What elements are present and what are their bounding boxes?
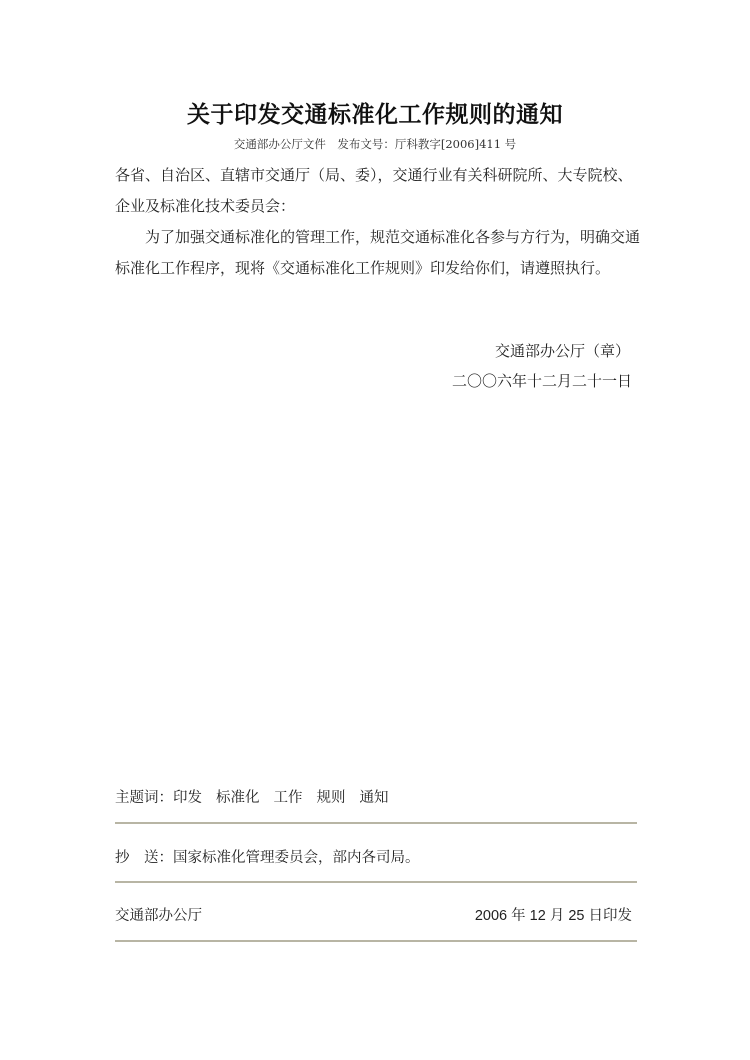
signature-issuer: 交通部办公厅（章） <box>495 340 630 361</box>
divider <box>115 881 637 883</box>
divider <box>115 822 637 824</box>
keywords-row: 主题词：印发标准化工作规则通知 <box>115 786 403 807</box>
footer-issuer: 交通部办公厅 <box>115 904 202 925</box>
issue-date: 2006 年 12 月 25 日印发 <box>475 904 632 925</box>
cc-row: 抄 送：国家标准化管理委员会，部内各司局。 <box>115 846 420 867</box>
document-subtitle: 交通部办公厅文件 发布文号：厅科教字[2006]411 号 <box>0 136 750 152</box>
cc-label: 抄 送： <box>115 850 173 866</box>
keyword: 标准化 <box>216 790 260 806</box>
signature-date: 二〇〇六年十二月二十一日 <box>452 370 632 391</box>
body-paragraph: 为了加强交通标准化的管理工作，规范交通标准化各参与方行为，明确交通标准化工作程序… <box>115 222 640 284</box>
divider <box>115 940 637 942</box>
cc-text: 国家标准化管理委员会，部内各司局。 <box>173 850 420 866</box>
keyword: 通知 <box>360 790 389 806</box>
keywords-label: 主题词： <box>115 790 173 806</box>
keyword: 工作 <box>274 790 303 806</box>
keyword: 印发 <box>173 790 202 806</box>
document-title: 关于印发交通标准化工作规则的通知 <box>0 96 750 129</box>
addressees-paragraph: 各省、自治区、直辖市交通厅（局、委），交通行业有关科研院所、大专院校、企业及标准… <box>115 160 640 222</box>
keyword: 规则 <box>317 790 346 806</box>
